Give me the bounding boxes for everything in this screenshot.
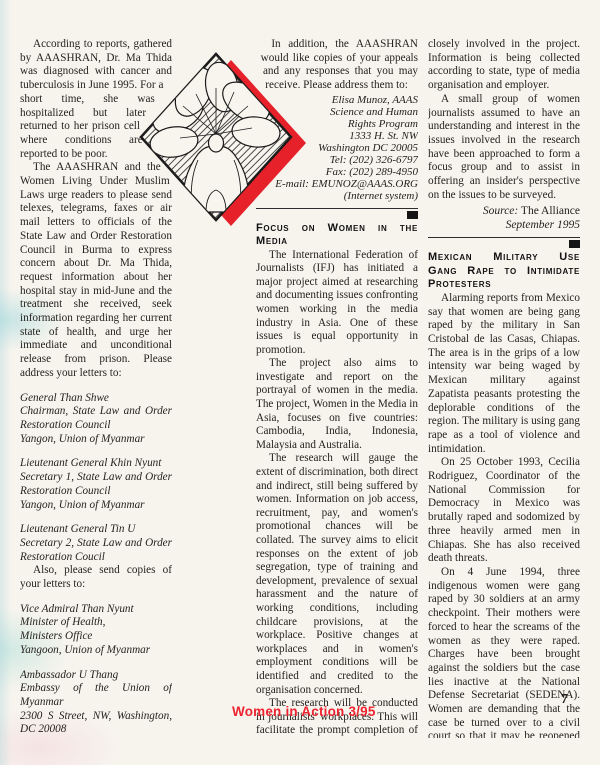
- paragraph: On 4 June 1994, three indigenous women w…: [428, 566, 580, 738]
- paragraph: The research will gauge the extent of di…: [256, 452, 418, 697]
- address-line: 2300 S Street, NW, Washington, DC 20008: [20, 710, 172, 737]
- address-block: Vice Admiral Than Nyunt Minister of Heal…: [20, 603, 172, 658]
- address-line: Lieutenant General Khin Nyunt: [20, 457, 172, 471]
- paragraph: Also, please send copies of your letters…: [20, 564, 172, 591]
- address-line: Yangoon, Union of Myanmar: [20, 644, 172, 658]
- right-column: closely involved in the project. Informa…: [428, 38, 580, 738]
- address-line: Ambassador U Thang: [20, 669, 172, 683]
- address-line: Ministers Office: [20, 630, 172, 644]
- paragraph: On 25 October 1993, Cecilia Rodriguez, C…: [428, 456, 580, 566]
- address-line: Yangon, Union of Myanmar: [20, 499, 172, 513]
- source-line: Source: The Alliance: [428, 204, 580, 218]
- address-block: Lieutenant General Khin Nyunt Secretary …: [20, 457, 172, 512]
- woman-flower-diamond-illustration: [128, 42, 323, 232]
- address-line: Secretary 1, State Law and Order Restora…: [20, 471, 172, 498]
- heading-line: Gang Rape to Intimidate: [428, 265, 580, 279]
- paragraph: A small group of women journalists assum…: [428, 93, 580, 203]
- magazine-page: According to reports, gathered by AAASHR…: [0, 0, 600, 765]
- diamond-interior: [141, 54, 291, 220]
- address-line: Yangon, Union of Myanmar: [20, 433, 172, 447]
- source-name: The Alliance: [521, 205, 580, 217]
- paragraph: closely involved in the project. Informa…: [428, 38, 580, 93]
- page-number: 7: [561, 691, 568, 707]
- address-line: Lieutenant General Tin U: [20, 523, 172, 537]
- paragraph: The project also aims to investigate and…: [256, 357, 418, 452]
- section-heading-mexican-military: Mexican Military Use Gang Rape to Intimi…: [428, 251, 580, 292]
- source-date: September 1995: [428, 218, 580, 232]
- footer-journal-title: Women in Action 3/95: [232, 704, 376, 719]
- heading-line: Mexican Military Use: [428, 251, 580, 265]
- address-line: General Than Shwe: [20, 392, 172, 406]
- address-line: Embassy of the Union of Myanmar: [20, 682, 172, 709]
- source-attribution: Source: The Alliance September 1995: [428, 204, 580, 232]
- section-divider-rule: [428, 237, 580, 248]
- address-line: Chairman, State Law and Order Restoratio…: [20, 405, 172, 432]
- address-line: Vice Admiral Than Nyunt: [20, 603, 172, 617]
- heading-line: Protesters: [428, 278, 580, 292]
- address-block: General Than Shwe Chairman, State Law an…: [20, 392, 172, 447]
- address-line: Minister of Health,: [20, 616, 172, 630]
- black-square-marker: [407, 211, 418, 219]
- address-line: Secretary 2, State Law and Order Restora…: [20, 537, 172, 564]
- paragraph: The International Federation of Journali…: [256, 249, 418, 358]
- address-block: Lieutenant General Tin U Secretary 2, St…: [20, 523, 172, 564]
- source-label: Source:: [483, 205, 518, 217]
- address-block: Ambassador U Thang Embassy of the Union …: [20, 669, 172, 738]
- black-square-marker: [569, 240, 580, 248]
- paragraph: Alarming reports from Mexico say that wo…: [428, 292, 580, 456]
